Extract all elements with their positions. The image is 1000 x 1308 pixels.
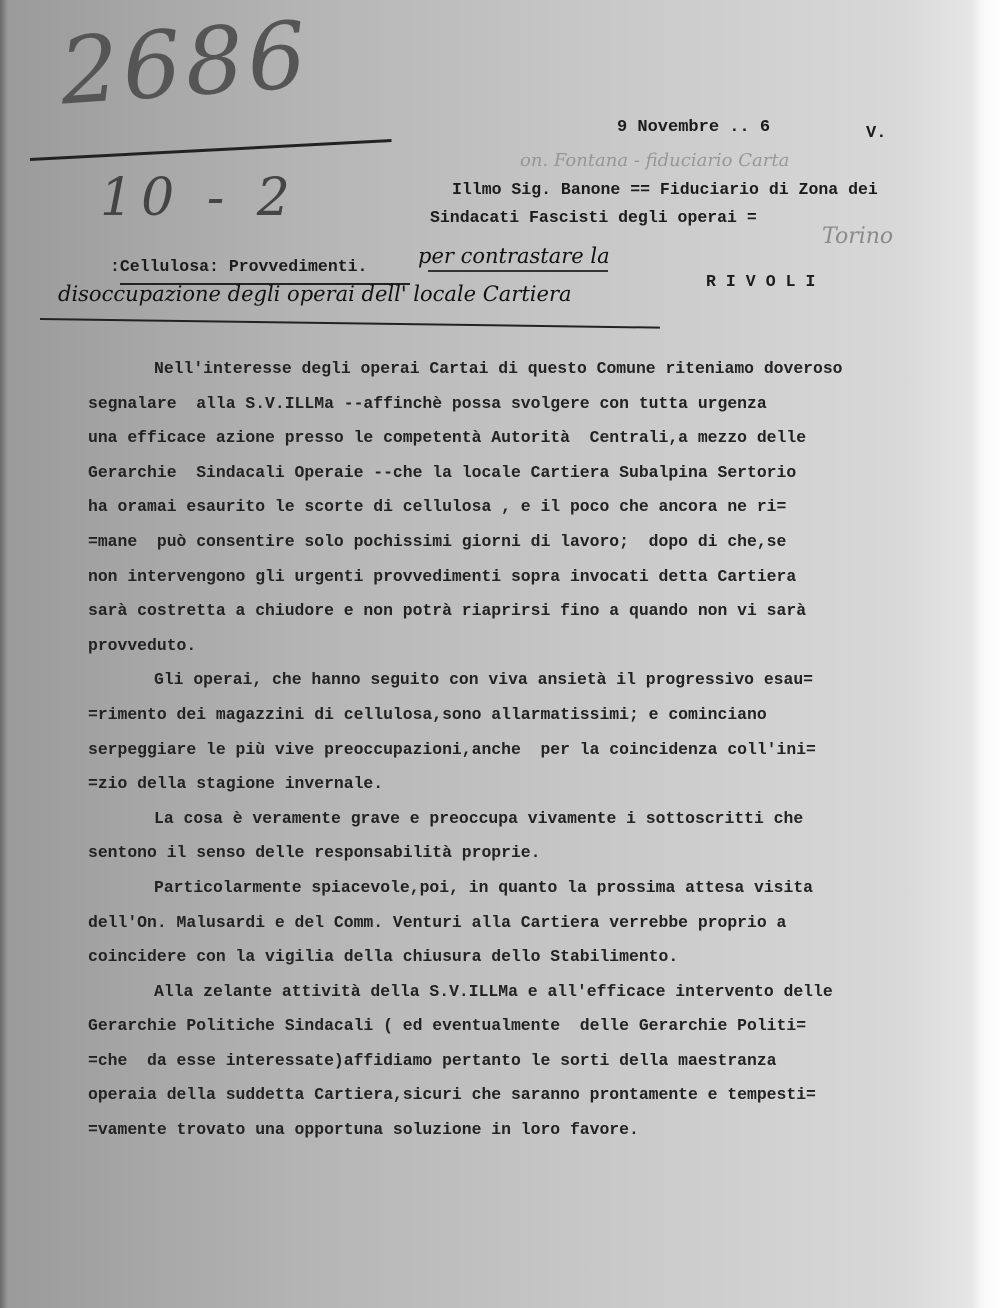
body-line: Particolarmente spiacevole,poi, in quant…	[88, 871, 968, 906]
archive-number: 2686	[57, 1, 314, 125]
addressee-line-2: Sindacati Fascisti degli operai =	[430, 208, 757, 227]
body-line: segnalare alla S.V.ILLMa --affinchè poss…	[88, 387, 968, 422]
body-line: ha oramai esaurito le scorte di cellulos…	[88, 490, 968, 525]
body-line: coincidere con la vigilia della chiusura…	[88, 940, 968, 975]
handwritten-note-1: per contrastare la	[418, 244, 610, 268]
body-line: Gerarchie Politiche Sindacali ( ed event…	[88, 1009, 968, 1044]
body-line: non intervengono gli urgenti provvedimen…	[88, 560, 968, 595]
body-line: provveduto.	[88, 629, 968, 664]
archive-subnumber: 10 - 2	[100, 168, 298, 228]
handwritten-note-2: disoccupazione degli operai dell' locale…	[58, 282, 572, 306]
handwritten-underline-1	[428, 270, 608, 272]
body-line: Nell'interesse degli operai Cartai di qu…	[88, 352, 968, 387]
archive-divider	[30, 139, 392, 161]
pencil-city-annotation: Torino	[822, 224, 893, 249]
body-line: =vamente trovato una opportuna soluzione…	[88, 1113, 968, 1148]
date-roman-year: V.	[866, 124, 886, 143]
body-line: Alla zelante attività della S.V.ILLMa e …	[88, 975, 968, 1010]
document-page: 2686 10 - 2 9 Novembre .. 6 V. on. Fonta…	[0, 0, 1000, 1308]
recipient-city: RIVOLI	[706, 272, 825, 291]
letter-body: Nell'interesse degli operai Cartai di qu…	[88, 352, 968, 1148]
body-line: =che da esse interessate)affidiamo perta…	[88, 1044, 968, 1079]
body-line: serpeggiare le più vive preoccupazioni,a…	[88, 733, 968, 768]
addressee-line-1: Illmo Sig. Banone == Fiduciario di Zona …	[452, 180, 878, 199]
body-line: sentono il senso delle responsabilità pr…	[88, 836, 968, 871]
date-line: 9 Novembre .. 6	[617, 118, 770, 137]
body-line: =zio della stagione invernale.	[88, 767, 968, 802]
subject-line: :Cellulosa: Provvedimenti.	[110, 257, 367, 276]
body-line: dell'On. Malusardi e del Comm. Venturi a…	[88, 906, 968, 941]
body-line: =mane può consentire solo pochissimi gio…	[88, 525, 968, 560]
pencil-annotation: on. Fontana - fiduciario Carta	[520, 150, 789, 171]
body-line: La cosa è veramente grave e preoccupa vi…	[88, 802, 968, 837]
body-line: operaia della suddetta Cartiera,sicuri c…	[88, 1078, 968, 1113]
body-line: Gerarchie Sindacali Operaie --che la loc…	[88, 456, 968, 491]
body-line: una efficace azione presso le competentà…	[88, 421, 968, 456]
body-line: =rimento dei magazzini di cellulosa,sono…	[88, 698, 968, 733]
body-line: Gli operai, che hanno seguito con viva a…	[88, 663, 968, 698]
body-line: sarà costretta a chiudore e non potrà ri…	[88, 594, 968, 629]
handwritten-underline-2	[40, 318, 660, 329]
